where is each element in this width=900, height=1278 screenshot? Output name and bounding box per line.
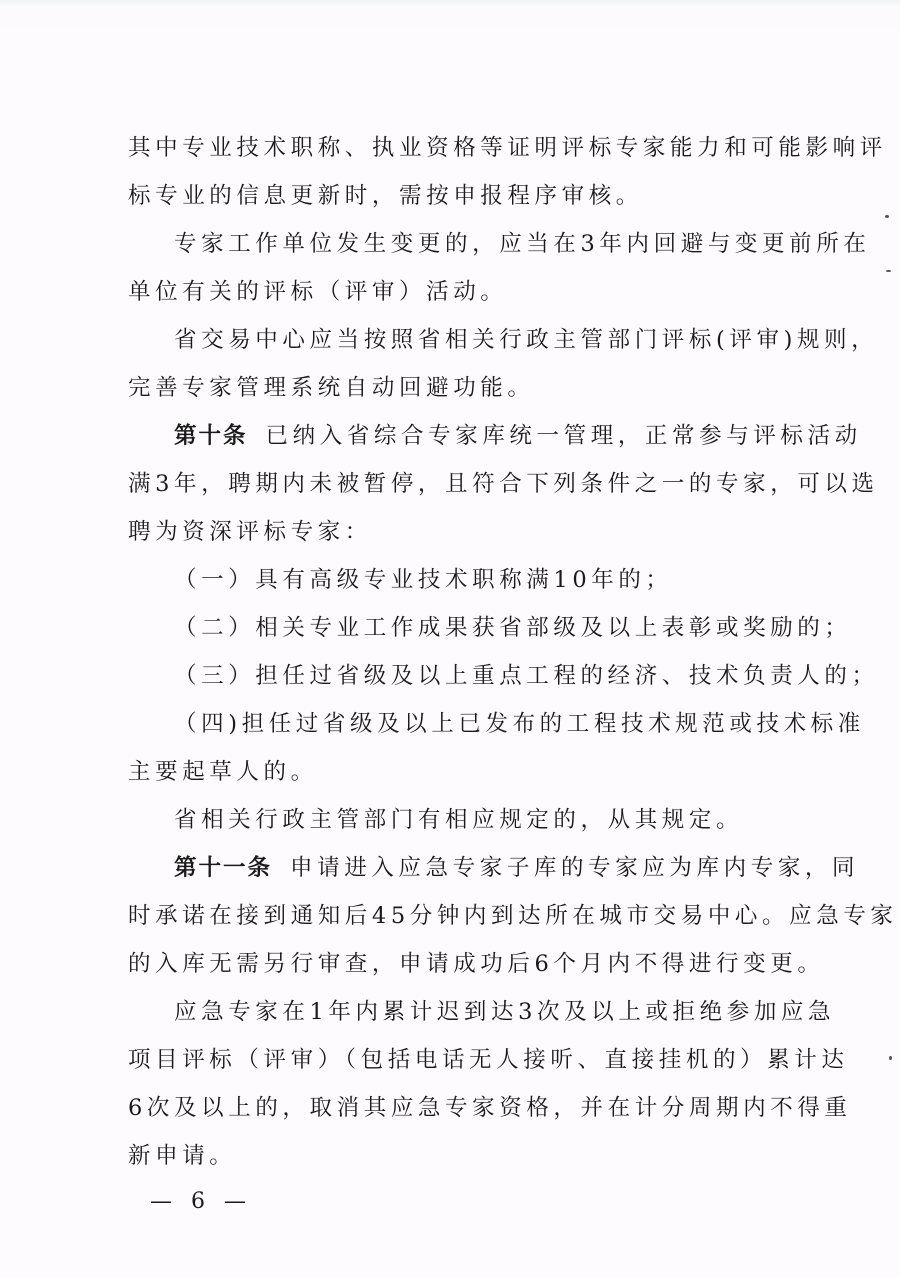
article-title: 第十条 bbox=[174, 423, 248, 449]
article-10-heading-line: 第十条已纳入省综合专家库统一管理，正常参与评标活动 bbox=[174, 421, 788, 451]
article-11-heading-line: 第十一条申请进入应急专家子库的专家应为库内专家，同 bbox=[174, 853, 788, 883]
scan-speck bbox=[885, 215, 889, 218]
text-line-5: 省交易中心应当按照省相关行政主管部门评标(评审)规则， bbox=[174, 325, 788, 355]
line-text: 应急专家在1年内累计迟到达3次及以上或拒绝参加应急 bbox=[174, 999, 835, 1025]
line-text: （一）具有高级专业技术职称满10年的； bbox=[174, 567, 673, 593]
line-text: （三）担任过省级及以上重点工程的经济、技术负责人的； bbox=[174, 663, 879, 689]
text-line-21: 6次及以上的，取消其应急专家资格，并在计分周期内不得重 bbox=[128, 1093, 788, 1123]
line-text: 时承诺在接到通知后45分钟内到达所在城市交易中心。应急专家 bbox=[128, 903, 898, 929]
line-text: 已纳入省综合专家库统一管理，正常参与评标活动 bbox=[266, 423, 862, 449]
text-line-17: 时承诺在接到通知后45分钟内到达所在城市交易中心。应急专家 bbox=[128, 901, 788, 931]
text-line-1: 其中专业技术职称、执业资格等证明评标专家能力和可能影响评 bbox=[128, 133, 788, 163]
line-text: 主要起草人的。 bbox=[128, 759, 318, 785]
text-line-22: 新申请。 bbox=[128, 1141, 788, 1171]
text-line-19: 应急专家在1年内累计迟到达3次及以上或拒绝参加应急 bbox=[174, 997, 788, 1027]
text-line-3: 专家工作单位发生变更的，应当在3年内回避与变更前所在 bbox=[174, 229, 788, 259]
list-item-1: （一）具有高级专业技术职称满10年的； bbox=[174, 565, 788, 595]
scan-speck bbox=[889, 1056, 892, 1060]
line-text: 完善专家管理系统自动回避功能。 bbox=[128, 375, 535, 401]
text-line-9: 聘为资深评标专家： bbox=[128, 517, 788, 547]
line-text: 专家工作单位发生变更的，应当在3年内回避与变更前所在 bbox=[174, 231, 870, 257]
text-line-18: 的入库无需另行审查，申请成功后6个月内不得进行变更。 bbox=[128, 949, 788, 979]
text-line-4: 单位有关的评标（评审）活动。 bbox=[128, 277, 788, 307]
list-item-2: （二）相关专业工作成果获省部级及以上表彰或奖励的； bbox=[174, 613, 788, 643]
list-item-3: （三）担任过省级及以上重点工程的经济、技术负责人的； bbox=[174, 661, 788, 691]
list-item-4: （四)担任过省级及以上已发布的工程技术规范或技术标准 bbox=[174, 709, 788, 739]
text-line-15: 省相关行政主管部门有相应规定的，从其规定。 bbox=[174, 805, 788, 835]
line-text: （四)担任过省级及以上已发布的工程技术规范或技术标准 bbox=[174, 711, 865, 737]
page-number: — 6 — bbox=[150, 1189, 252, 1214]
text-line-6: 完善专家管理系统自动回避功能。 bbox=[128, 373, 788, 403]
text-line-2: 标专业的信息更新时，需按申报程序审核。 bbox=[128, 181, 788, 211]
text-line-8: 满3年，聘期内未被暂停，且符合下列条件之一的专家，可以选 bbox=[128, 469, 788, 499]
line-text: 申请进入应急专家子库的专家应为库内专家，同 bbox=[290, 855, 859, 881]
line-text: 省交易中心应当按照省相关行政主管部门评标(评审)规则， bbox=[174, 327, 878, 353]
article-title: 第十一条 bbox=[174, 855, 272, 881]
line-text: 单位有关的评标（评审）活动。 bbox=[128, 279, 507, 305]
line-text: 其中专业技术职称、执业资格等证明评标专家能力和可能影响评 bbox=[128, 135, 887, 161]
line-text: （二）相关专业工作成果获省部级及以上表彰或奖励的； bbox=[174, 615, 852, 641]
line-text: 聘为资深评标专家： bbox=[128, 519, 372, 545]
text-line-14: 主要起草人的。 bbox=[128, 757, 788, 787]
scan-speck bbox=[886, 270, 891, 272]
line-text: 6次及以上的，取消其应急专家资格，并在计分周期内不得重 bbox=[128, 1095, 852, 1121]
line-text: 项目评标（评审）（包括电话无人接听、直接挂机的）累计达 bbox=[128, 1047, 848, 1073]
line-text: 的入库无需另行审查，申请成功后6个月内不得进行变更。 bbox=[128, 951, 824, 977]
line-text: 省相关行政主管部门有相应规定的，从其规定。 bbox=[174, 807, 743, 833]
text-line-20: 项目评标（评审）（包括电话无人接听、直接挂机的）累计达 bbox=[128, 1045, 788, 1075]
scanned-page: 其中专业技术职称、执业资格等证明评标专家能力和可能影响评 标专业的信息更新时，需… bbox=[0, 0, 900, 1278]
line-text: 满3年，聘期内未被暂停，且符合下列条件之一的专家，可以选 bbox=[128, 471, 879, 497]
line-text: 新申请。 bbox=[128, 1143, 236, 1169]
line-text: 标专业的信息更新时，需按申报程序审核。 bbox=[128, 183, 643, 209]
